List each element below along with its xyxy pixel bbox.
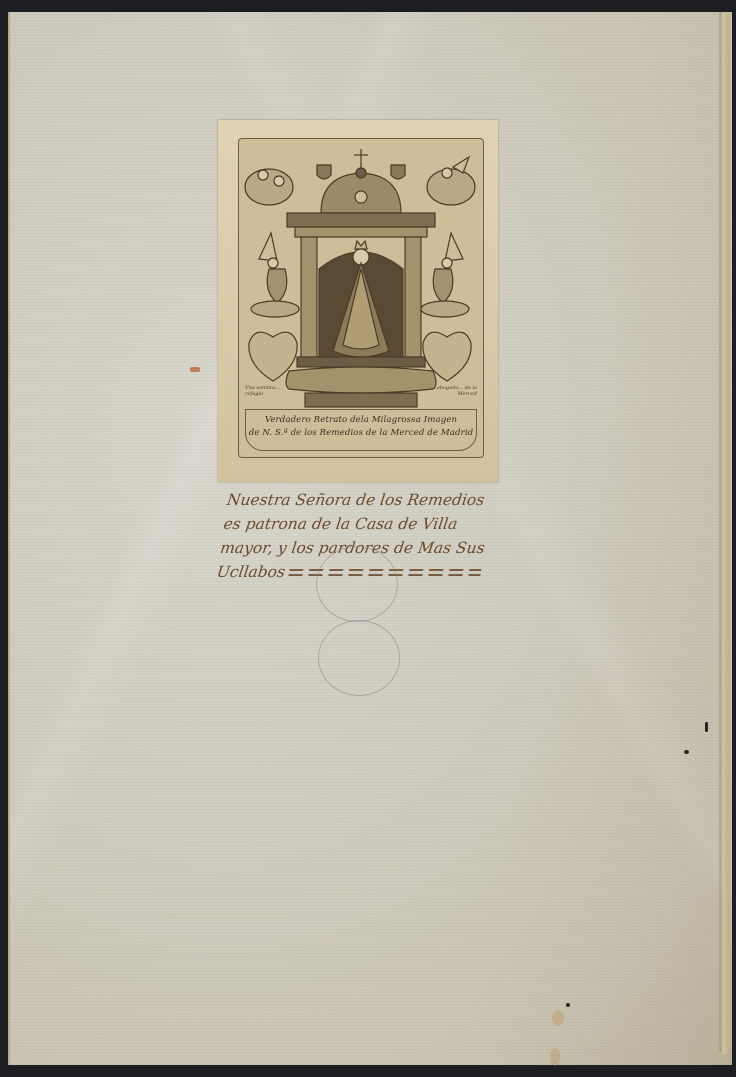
note-line-4-text: Ucllabos [216, 563, 287, 581]
engraving-caption: Verdadero Retrato dela Milagrossa Imagen… [245, 409, 477, 451]
foxing-stain [552, 1010, 564, 1026]
engraving-plate: Vna sombra... refugio ...abogado... de l… [238, 138, 484, 458]
pasted-engraving: Vna sombra... refugio ...abogado... de l… [218, 120, 498, 482]
note-line-2: es patrona de la Casa de Villa [222, 512, 505, 536]
coat-of-arms-icon [391, 165, 405, 179]
caption-line-1: Verdadero Retrato dela Milagrossa Imagen [246, 414, 476, 427]
angel-icon [245, 169, 293, 205]
library-stamp-upper [316, 546, 398, 622]
inscription-right: ...abogado... de la Merced [427, 385, 477, 397]
angel-icon [421, 233, 469, 317]
red-ink-mark [190, 367, 200, 372]
angel-icon [251, 233, 299, 317]
edge-tear [684, 750, 689, 754]
coat-of-arms-icon [317, 165, 331, 179]
library-stamp-lower [318, 620, 400, 696]
page-fold-line [719, 12, 722, 1052]
page-edge-strip [722, 14, 730, 1054]
edge-tear [705, 722, 708, 732]
note-line-1: Nuestra Señora de los Remedios [225, 488, 508, 512]
cross-icon [354, 149, 368, 169]
inscription-left: Vna sombra... refugio [245, 385, 295, 397]
worm-hole [566, 1003, 570, 1007]
angel-icon [427, 157, 475, 205]
caption-line-2: de N. S.ª de los Remedios de la Merced d… [246, 427, 476, 440]
foxing-stain [550, 1048, 560, 1066]
